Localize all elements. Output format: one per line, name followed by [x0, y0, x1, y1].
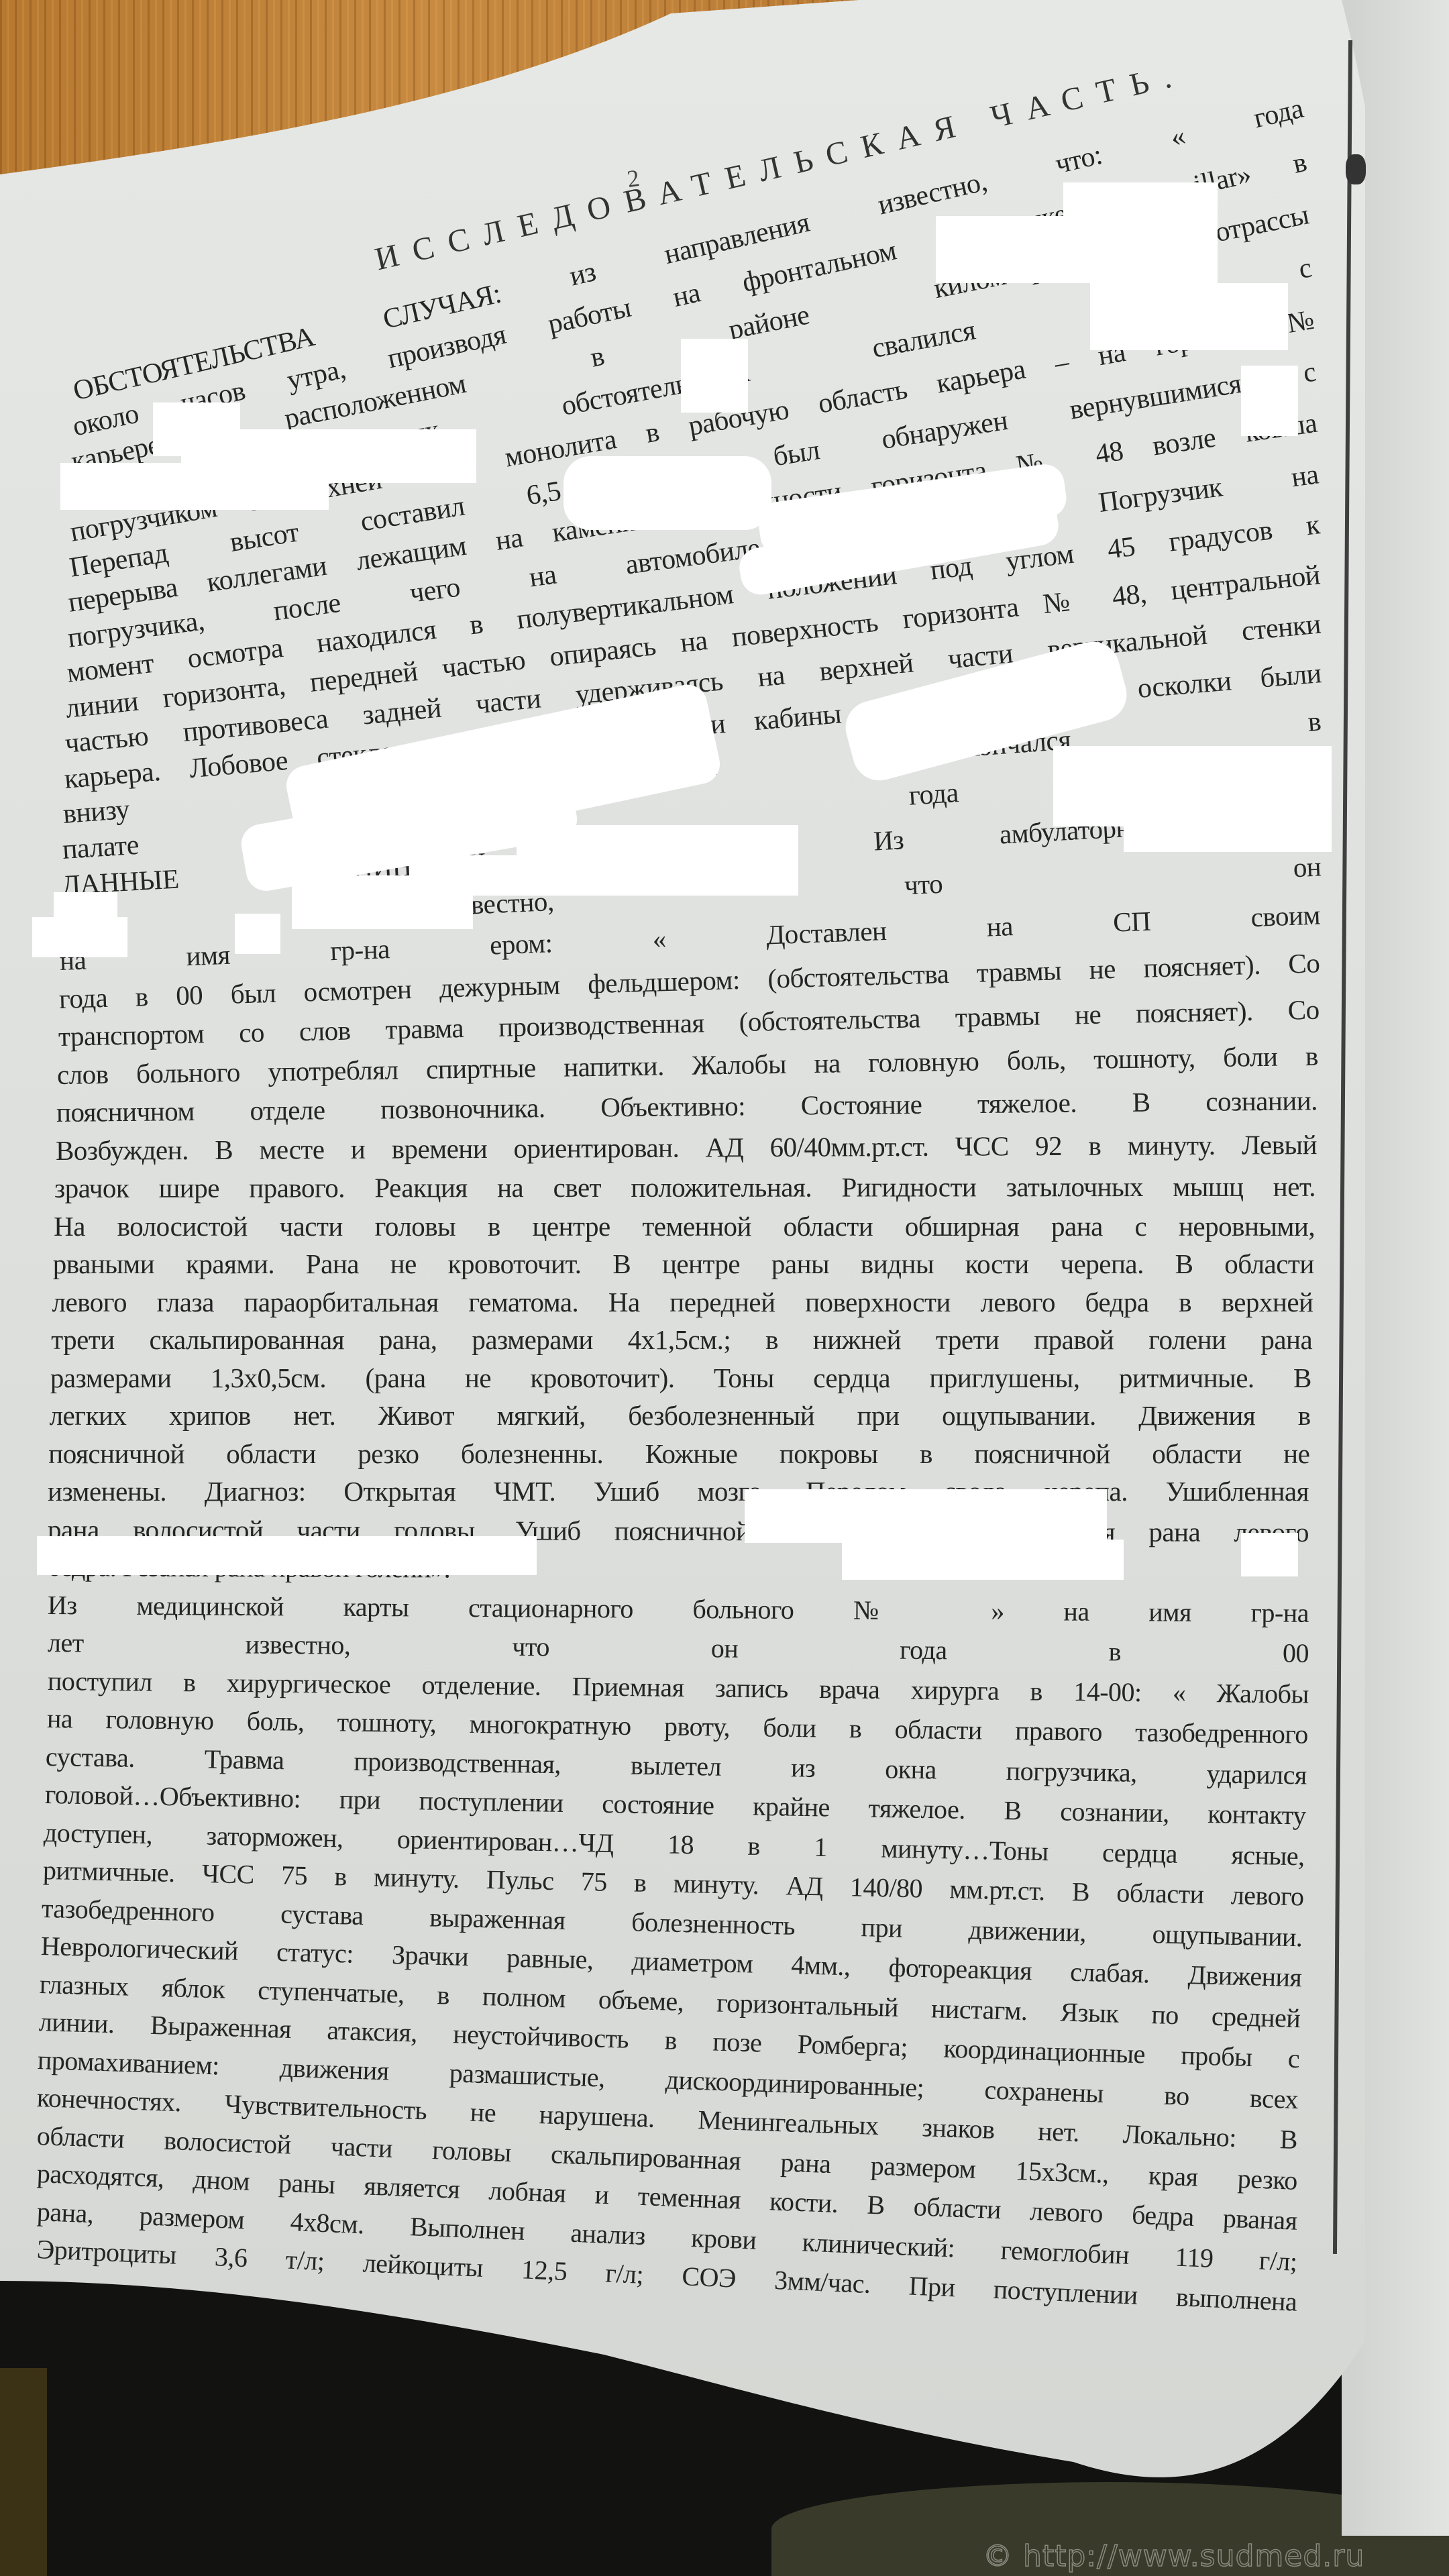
- document-line: легких хрипов нет. Живот мягкий, безболе…: [50, 1399, 1311, 1432]
- redaction-box: [745, 1489, 1107, 1543]
- document-line: изменены. Диагноз: Открытая ЧМТ. Ушиб мо…: [48, 1475, 1309, 1507]
- redaction-box: [936, 216, 1218, 283]
- watermark: © http://www.sudmed.ru: [983, 2539, 1364, 2573]
- redaction-box: [1090, 283, 1288, 350]
- document-line: На волосистой части головы в центре теме…: [54, 1210, 1315, 1242]
- document-line: размерами 1,3х0,5см. (рана не кровоточит…: [50, 1362, 1311, 1394]
- document-line: поясничной области резко болезненны. Кож…: [48, 1438, 1309, 1470]
- redaction-box: [1241, 366, 1298, 436]
- document-line: Возбужден. В месте и времени ориентирова…: [56, 1128, 1317, 1167]
- redaction-box: [32, 917, 127, 957]
- document-line: поступил в хирургическое отделение. Прие…: [48, 1665, 1309, 1710]
- document-line: трети скальпированная рана, размерами 4х…: [51, 1324, 1312, 1356]
- redaction-box: [60, 463, 329, 510]
- document-line: Из медицинской карты стационарного больн…: [48, 1589, 1309, 1629]
- redaction-box: [292, 875, 473, 929]
- document-line: зрачок шире правого. Реакция на свет пол…: [54, 1171, 1316, 1204]
- document-content: 2 ИССЛЕДОВАТЕЛЬСКАЯ ЧАСТЬ. ОБСТОЯТЕЛЬСТВ…: [0, 0, 1449, 2576]
- document-line: на головную боль, тошноту, многократную …: [46, 1703, 1307, 1750]
- redaction-box: [1241, 1533, 1298, 1576]
- redaction-box: [563, 456, 771, 530]
- redaction-box: [842, 1540, 1124, 1580]
- redaction-box: [37, 1536, 537, 1575]
- redaction-box: [681, 339, 748, 413]
- document-line: лет известно, что он года в 00: [48, 1627, 1309, 1669]
- document-line: левого глаза параорбитальная гематома. Н…: [52, 1286, 1313, 1318]
- document-line: рваными краями. Рана не кровоточит. В це…: [53, 1248, 1314, 1280]
- document-line: поясничном отделе позвоночника. Объектив…: [56, 1084, 1318, 1128]
- redaction-box: [1124, 792, 1332, 852]
- redaction-box: [235, 914, 280, 954]
